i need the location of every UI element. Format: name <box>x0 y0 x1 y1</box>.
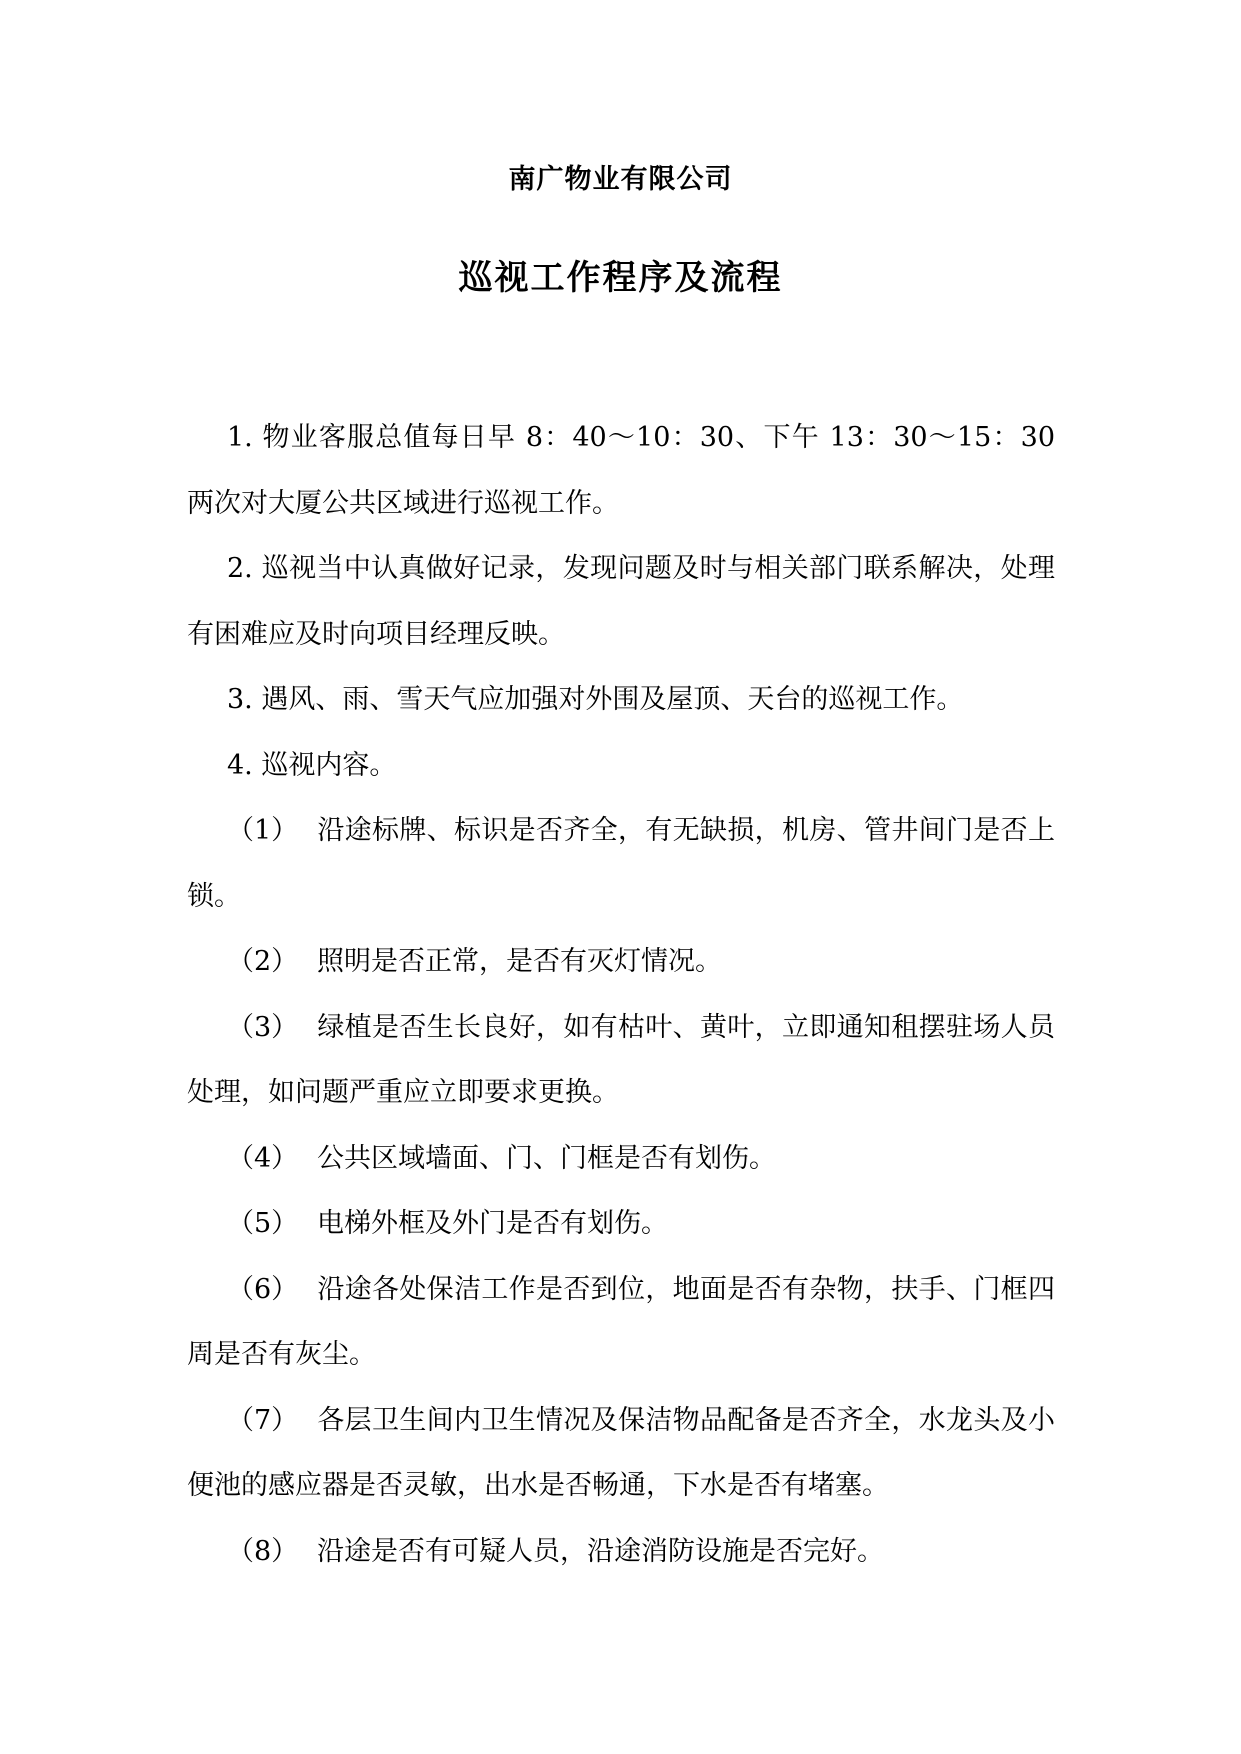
item-text: 照明是否正常，是否有灭灯情况。 <box>317 946 722 977</box>
document-page: 南广物业有限公司 巡视工作程序及流程 1. 物业客服总值每日早 8：40～10：… <box>0 0 1241 1754</box>
item-text: 沿途是否有可疑人员，沿途消防设施是否完好。 <box>317 1536 884 1567</box>
item-number: （6） <box>227 1257 317 1323</box>
item-number: （8） <box>227 1519 317 1585</box>
item-number: （5） <box>227 1191 317 1257</box>
paragraph-2: 2. 巡视当中认真做好记录，发现问题及时与相关部门联系解决，处理有困难应及时向项… <box>187 536 1055 667</box>
item-text: 沿途各处保洁工作是否到位，地面是否有杂物，扶手、门框四周是否有灰尘。 <box>187 1274 1055 1371</box>
item-text: 公共区域墙面、门、门框是否有划伤。 <box>317 1143 776 1174</box>
item-text: 沿途标牌、标识是否齐全，有无缺损，机房、管井间门是否上锁。 <box>187 815 1055 912</box>
list-item: （3）绿植是否生长良好，如有枯叶、黄叶，立即通知租摆驻场人员处理，如问题严重应立… <box>187 995 1055 1126</box>
list-item: （6）沿途各处保洁工作是否到位，地面是否有杂物，扶手、门框四周是否有灰尘。 <box>187 1257 1055 1388</box>
item-text: 绿植是否生长良好，如有枯叶、黄叶，立即通知租摆驻场人员处理，如问题严重应立即要求… <box>187 1012 1055 1109</box>
paragraph-1: 1. 物业客服总值每日早 8：40～10：30、下午 13：30～15：30 两… <box>187 405 1055 536</box>
list-item: （8）沿途是否有可疑人员，沿途消防设施是否完好。 <box>187 1519 1055 1585</box>
paragraph-3: 3. 遇风、雨、雪天气应加强对外围及屋顶、天台的巡视工作。 <box>187 667 1055 733</box>
list-item: （1）沿途标牌、标识是否齐全，有无缺损，机房、管井间门是否上锁。 <box>187 798 1055 929</box>
item-number: （1） <box>227 798 317 864</box>
item-number: （3） <box>227 995 317 1061</box>
document-body: 1. 物业客服总值每日早 8：40～10：30、下午 13：30～15：30 两… <box>187 405 1055 1584</box>
document-title: 巡视工作程序及流程 <box>0 254 1241 302</box>
item-number: （4） <box>227 1126 317 1192</box>
item-text: 电梯外框及外门是否有划伤。 <box>317 1208 668 1239</box>
paragraph-4: 4. 巡视内容。 <box>187 733 1055 799</box>
item-text: 各层卫生间内卫生情况及保洁物品配备是否齐全，水龙头及小便池的感应器是否灵敏，出水… <box>187 1405 1055 1502</box>
item-number: （2） <box>227 929 317 995</box>
list-item: （2）照明是否正常，是否有灭灯情况。 <box>187 929 1055 995</box>
item-number: （7） <box>227 1388 317 1454</box>
list-item: （5）电梯外框及外门是否有划伤。 <box>187 1191 1055 1257</box>
list-item: （7）各层卫生间内卫生情况及保洁物品配备是否齐全，水龙头及小便池的感应器是否灵敏… <box>187 1388 1055 1519</box>
company-name: 南广物业有限公司 <box>0 160 1241 200</box>
list-item: （4）公共区域墙面、门、门框是否有划伤。 <box>187 1126 1055 1192</box>
